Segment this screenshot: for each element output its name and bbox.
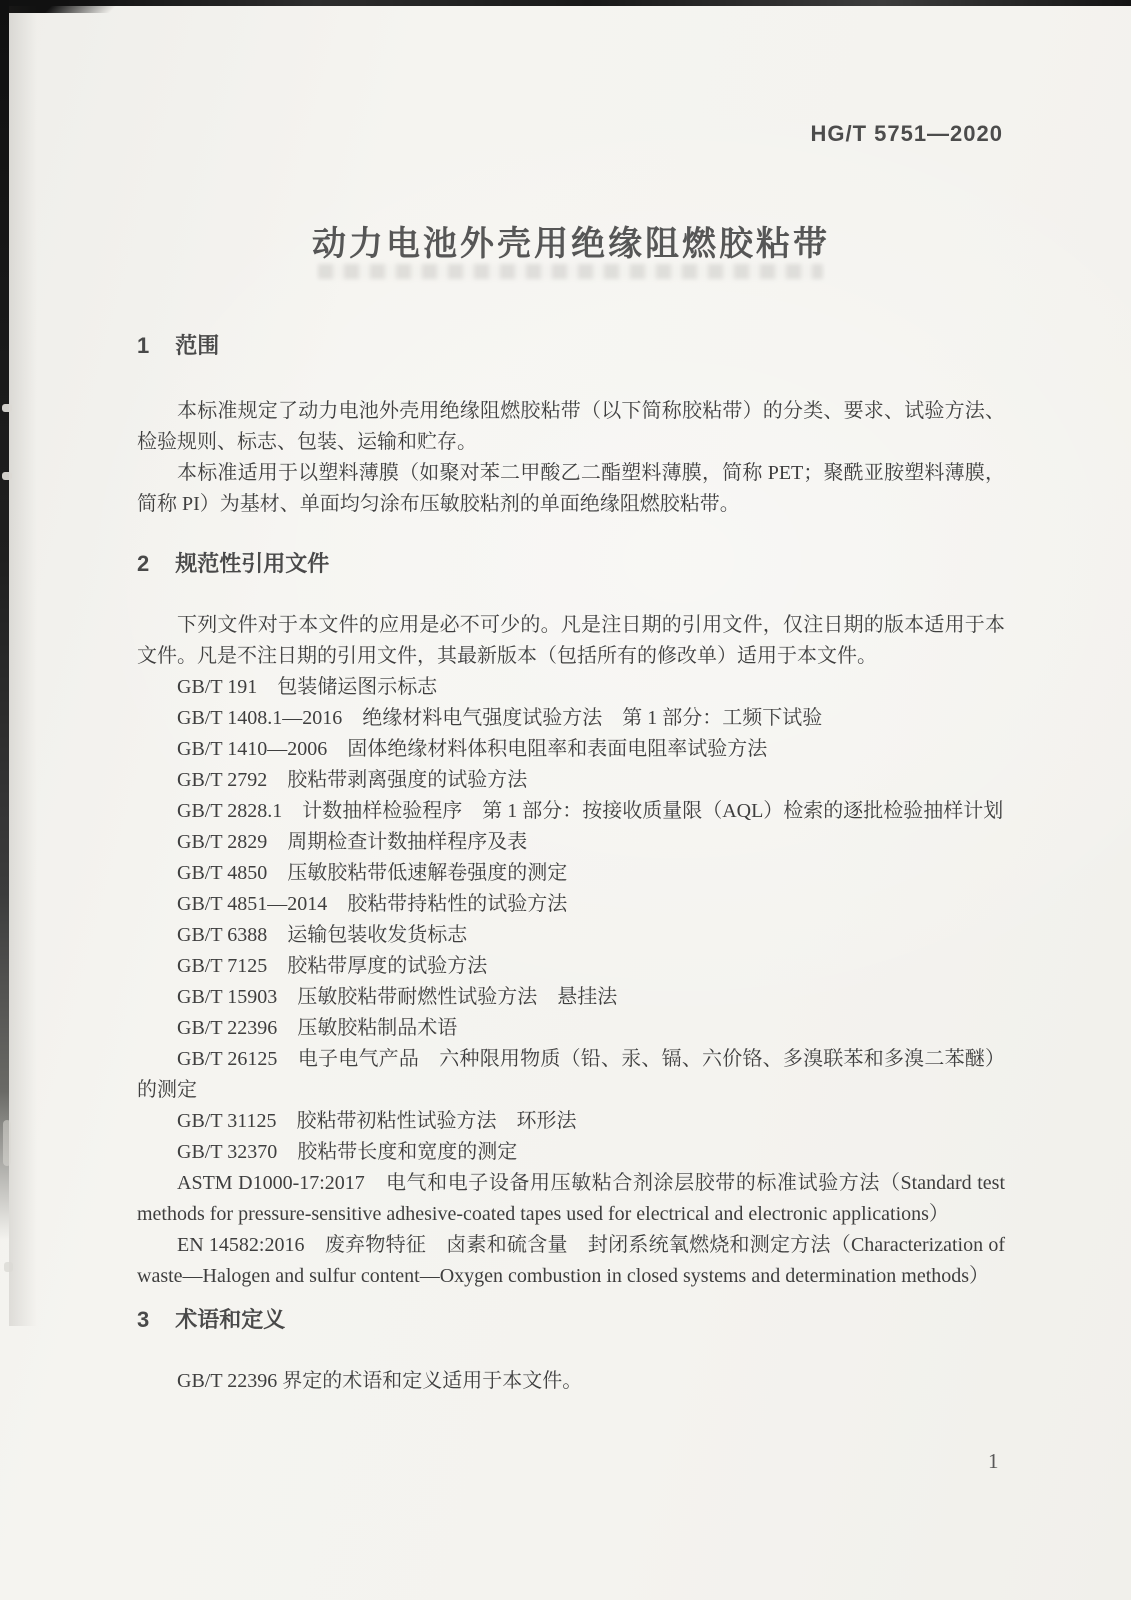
binding-mark: [3, 1120, 11, 1166]
reference-item: EN 14582:2016 废弃物特征 卤素和硫含量 封闭系统氧燃烧和测定方法（…: [137, 1230, 1005, 1292]
binding-mark: [2, 404, 12, 412]
section-1-heading: 1范围: [137, 332, 1005, 360]
ink-bleed-artifact: [318, 264, 823, 279]
reference-item: GB/T 26125 电子电气产品 六种限用物质（铅、汞、镉、六价铬、多溴联苯和…: [137, 1044, 1005, 1106]
paragraph: GB/T 22396 界定的术语和定义适用于本文件。: [137, 1366, 1005, 1397]
reference-item: GB/T 7125 胶粘带厚度的试验方法: [137, 951, 1005, 982]
reference-item: GB/T 22396 压敏胶粘制品术语: [137, 1013, 1005, 1044]
reference-item: GB/T 191 包装储运图示标志: [137, 672, 1005, 703]
section-title: 术语和定义: [175, 1307, 285, 1332]
reference-item: GB/T 31125 胶粘带初粘性试验方法 环形法: [137, 1106, 1005, 1137]
section-title: 范围: [175, 333, 219, 358]
page-binding-shadow: [9, 6, 37, 1326]
document-title: 动力电池外壳用绝缘阻燃胶粘带: [137, 216, 1005, 265]
paragraph: 下列文件对于本文件的应用是必不可少的。凡是注日期的引用文件，仅注日期的版本适用于…: [137, 610, 1005, 672]
page-number: 1: [988, 1449, 999, 1474]
paragraph: 本标准适用于以塑料薄膜（如聚对苯二甲酸乙二酯塑料薄膜，简称 PET；聚酰亚胺塑料…: [137, 458, 1005, 520]
binding-mark: [2, 472, 12, 480]
reference-item: ASTM D1000-17:2017 电气和电子设备用压敏粘合剂涂层胶带的标准试…: [137, 1168, 1005, 1230]
section-title: 规范性引用文件: [175, 551, 329, 576]
reference-item: GB/T 4850 压敏胶粘带低速解卷强度的测定: [137, 858, 1005, 889]
scanned-document-page: HG/T 5751—2020 动力电池外壳用绝缘阻燃胶粘带 1范围 本标准规定了…: [0, 0, 1131, 1600]
scan-edge-top: [0, 0, 1131, 6]
reference-item: GB/T 6388 运输包装收发货标志: [137, 920, 1005, 951]
section-number: 2: [137, 551, 149, 576]
scan-edge-left: [0, 0, 9, 1240]
reference-item: GB/T 2829 周期检查计数抽样程序及表: [137, 827, 1005, 858]
reference-item: GB/T 1408.1—2016 绝缘材料电气强度试验方法 第 1 部分：工频下…: [137, 703, 1005, 734]
standard-code: HG/T 5751—2020: [810, 121, 1003, 147]
reference-item: GB/T 4851—2014 胶粘带持粘性的试验方法: [137, 889, 1005, 920]
document-body: 1范围 本标准规定了动力电池外壳用绝缘阻燃胶粘带（以下简称胶粘带）的分类、要求、…: [137, 332, 1005, 1397]
binding-mark: [4, 1262, 13, 1272]
reference-item: GB/T 15903 压敏胶粘带耐燃性试验方法 悬挂法: [137, 982, 1005, 1013]
section-number: 3: [137, 1307, 149, 1332]
reference-item: GB/T 1410—2006 固体绝缘材料体积电阻率和表面电阻率试验方法: [137, 734, 1005, 765]
paragraph: 本标准规定了动力电池外壳用绝缘阻燃胶粘带（以下简称胶粘带）的分类、要求、试验方法…: [137, 396, 1005, 458]
section-2-heading: 2规范性引用文件: [137, 550, 1005, 578]
section-number: 1: [137, 333, 149, 358]
section-3-heading: 3术语和定义: [137, 1306, 1005, 1334]
reference-item: GB/T 2828.1 计数抽样检验程序 第 1 部分：按接收质量限（AQL）检…: [137, 796, 1005, 827]
reference-item: GB/T 2792 胶粘带剥离强度的试验方法: [137, 765, 1005, 796]
reference-item: GB/T 32370 胶粘带长度和宽度的测定: [137, 1137, 1005, 1168]
